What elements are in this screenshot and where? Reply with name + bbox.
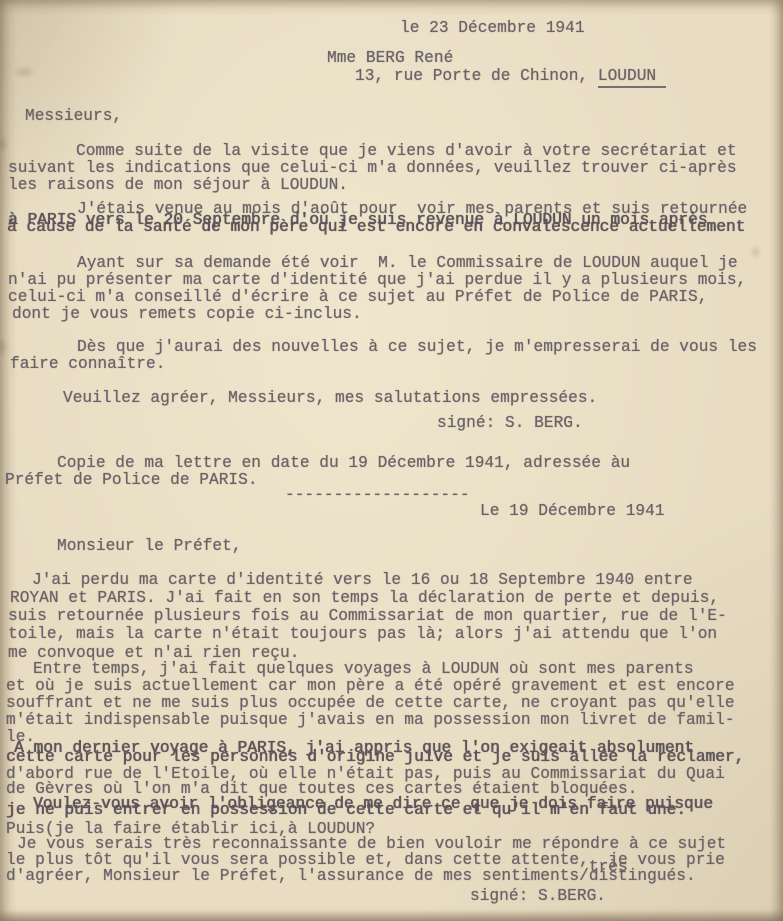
letter-line: J'ai perdu ma carte d'identité vers le 1… <box>32 572 693 588</box>
letter-line: Copie de ma lettre en date du 19 Décembr… <box>57 455 630 471</box>
letter-line: Je vous serais très reconnaissante de bi… <box>17 836 726 852</box>
letter-line: ------------------- <box>285 487 470 503</box>
paper-smudge <box>0 340 6 354</box>
letter-line: signé: S. BERG. <box>437 415 583 431</box>
letter-line: Ayant sur sa demande été voir M. le Comm… <box>77 255 738 271</box>
paper-smudge <box>752 247 759 257</box>
letter-line: cette carte pour les personnes d'origine… <box>6 749 744 765</box>
letter-line: Le 19 Décembre 1941 <box>480 503 665 519</box>
letter-line: faire connaître. <box>10 356 165 372</box>
letter-line: signé: S.BERG. <box>470 888 606 904</box>
paper-smudge <box>16 68 32 76</box>
letter-line: Entre temps, j'ai fait quelques voyages … <box>33 661 694 677</box>
letter-line: toile, mais la carte n'était toujours pa… <box>8 626 717 642</box>
letter-scan: le 23 Décembre 1941Mme BERG René13, rue … <box>0 0 783 921</box>
letter-line: me convoque et n'ai rien reçu. <box>8 645 299 661</box>
letter-line: suis retournée plusieurs fois au Commiss… <box>8 608 727 624</box>
letter-line: souffrant et ne me suis plus occupée de … <box>6 695 735 711</box>
letter-line: Préfet de Police de PARIS. <box>5 472 258 488</box>
underlined-city: LOUDUN <box>598 67 666 88</box>
letter-line: celui-ci m'a conseillé d'écrire à ce suj… <box>8 289 707 305</box>
letter-line: d'agréer, Monsieur le Préfet, l'assuranc… <box>6 868 696 884</box>
letter-line: je ne puis entrer en possession de cette… <box>6 802 686 818</box>
letter-line: et où je suis actuellement car mon père … <box>6 678 735 694</box>
paper-smudge <box>0 138 6 150</box>
letter-line: Veuillez agréer, Messieurs, mes salutati… <box>63 390 597 406</box>
letter-line: Monsieur le Préfet, <box>57 538 242 554</box>
letter-line: le 23 Décembre 1941 <box>400 20 585 36</box>
letter-line: ROYAN et PARIS. J'ai fait en son temps l… <box>10 590 719 606</box>
line-text: d'agréer, Monsieur le Préfet, l'assuranc… <box>6 867 589 885</box>
letter-line: Mme BERG René <box>327 50 453 66</box>
letter-line: les raisons de mon séjour à LOUDUN. <box>8 177 348 193</box>
letter-line: dont je vous remets copie ci-inclus. <box>12 306 362 322</box>
letter-line: 13, rue Porte de Chinon, LOUDUN <box>355 68 666 84</box>
letter-line: Messieurs, <box>25 108 122 124</box>
letter-line: Comme suite de la visite que je viens d'… <box>76 143 737 159</box>
letter-line: n'ai pu présenter ma carte d'identité qu… <box>8 272 746 288</box>
letter-line: suivant les indications que celui-ci m'a… <box>8 160 737 176</box>
letter-line: m'était indispensable puisque j'avais en… <box>6 712 735 728</box>
letter-line: Dès que j'aurai des nouvelles à ce sujet… <box>77 339 757 355</box>
letter-line: à cause de la santé de mon père qui est … <box>7 219 745 235</box>
line-text: 13, rue Porte de Chinon, <box>355 67 598 85</box>
